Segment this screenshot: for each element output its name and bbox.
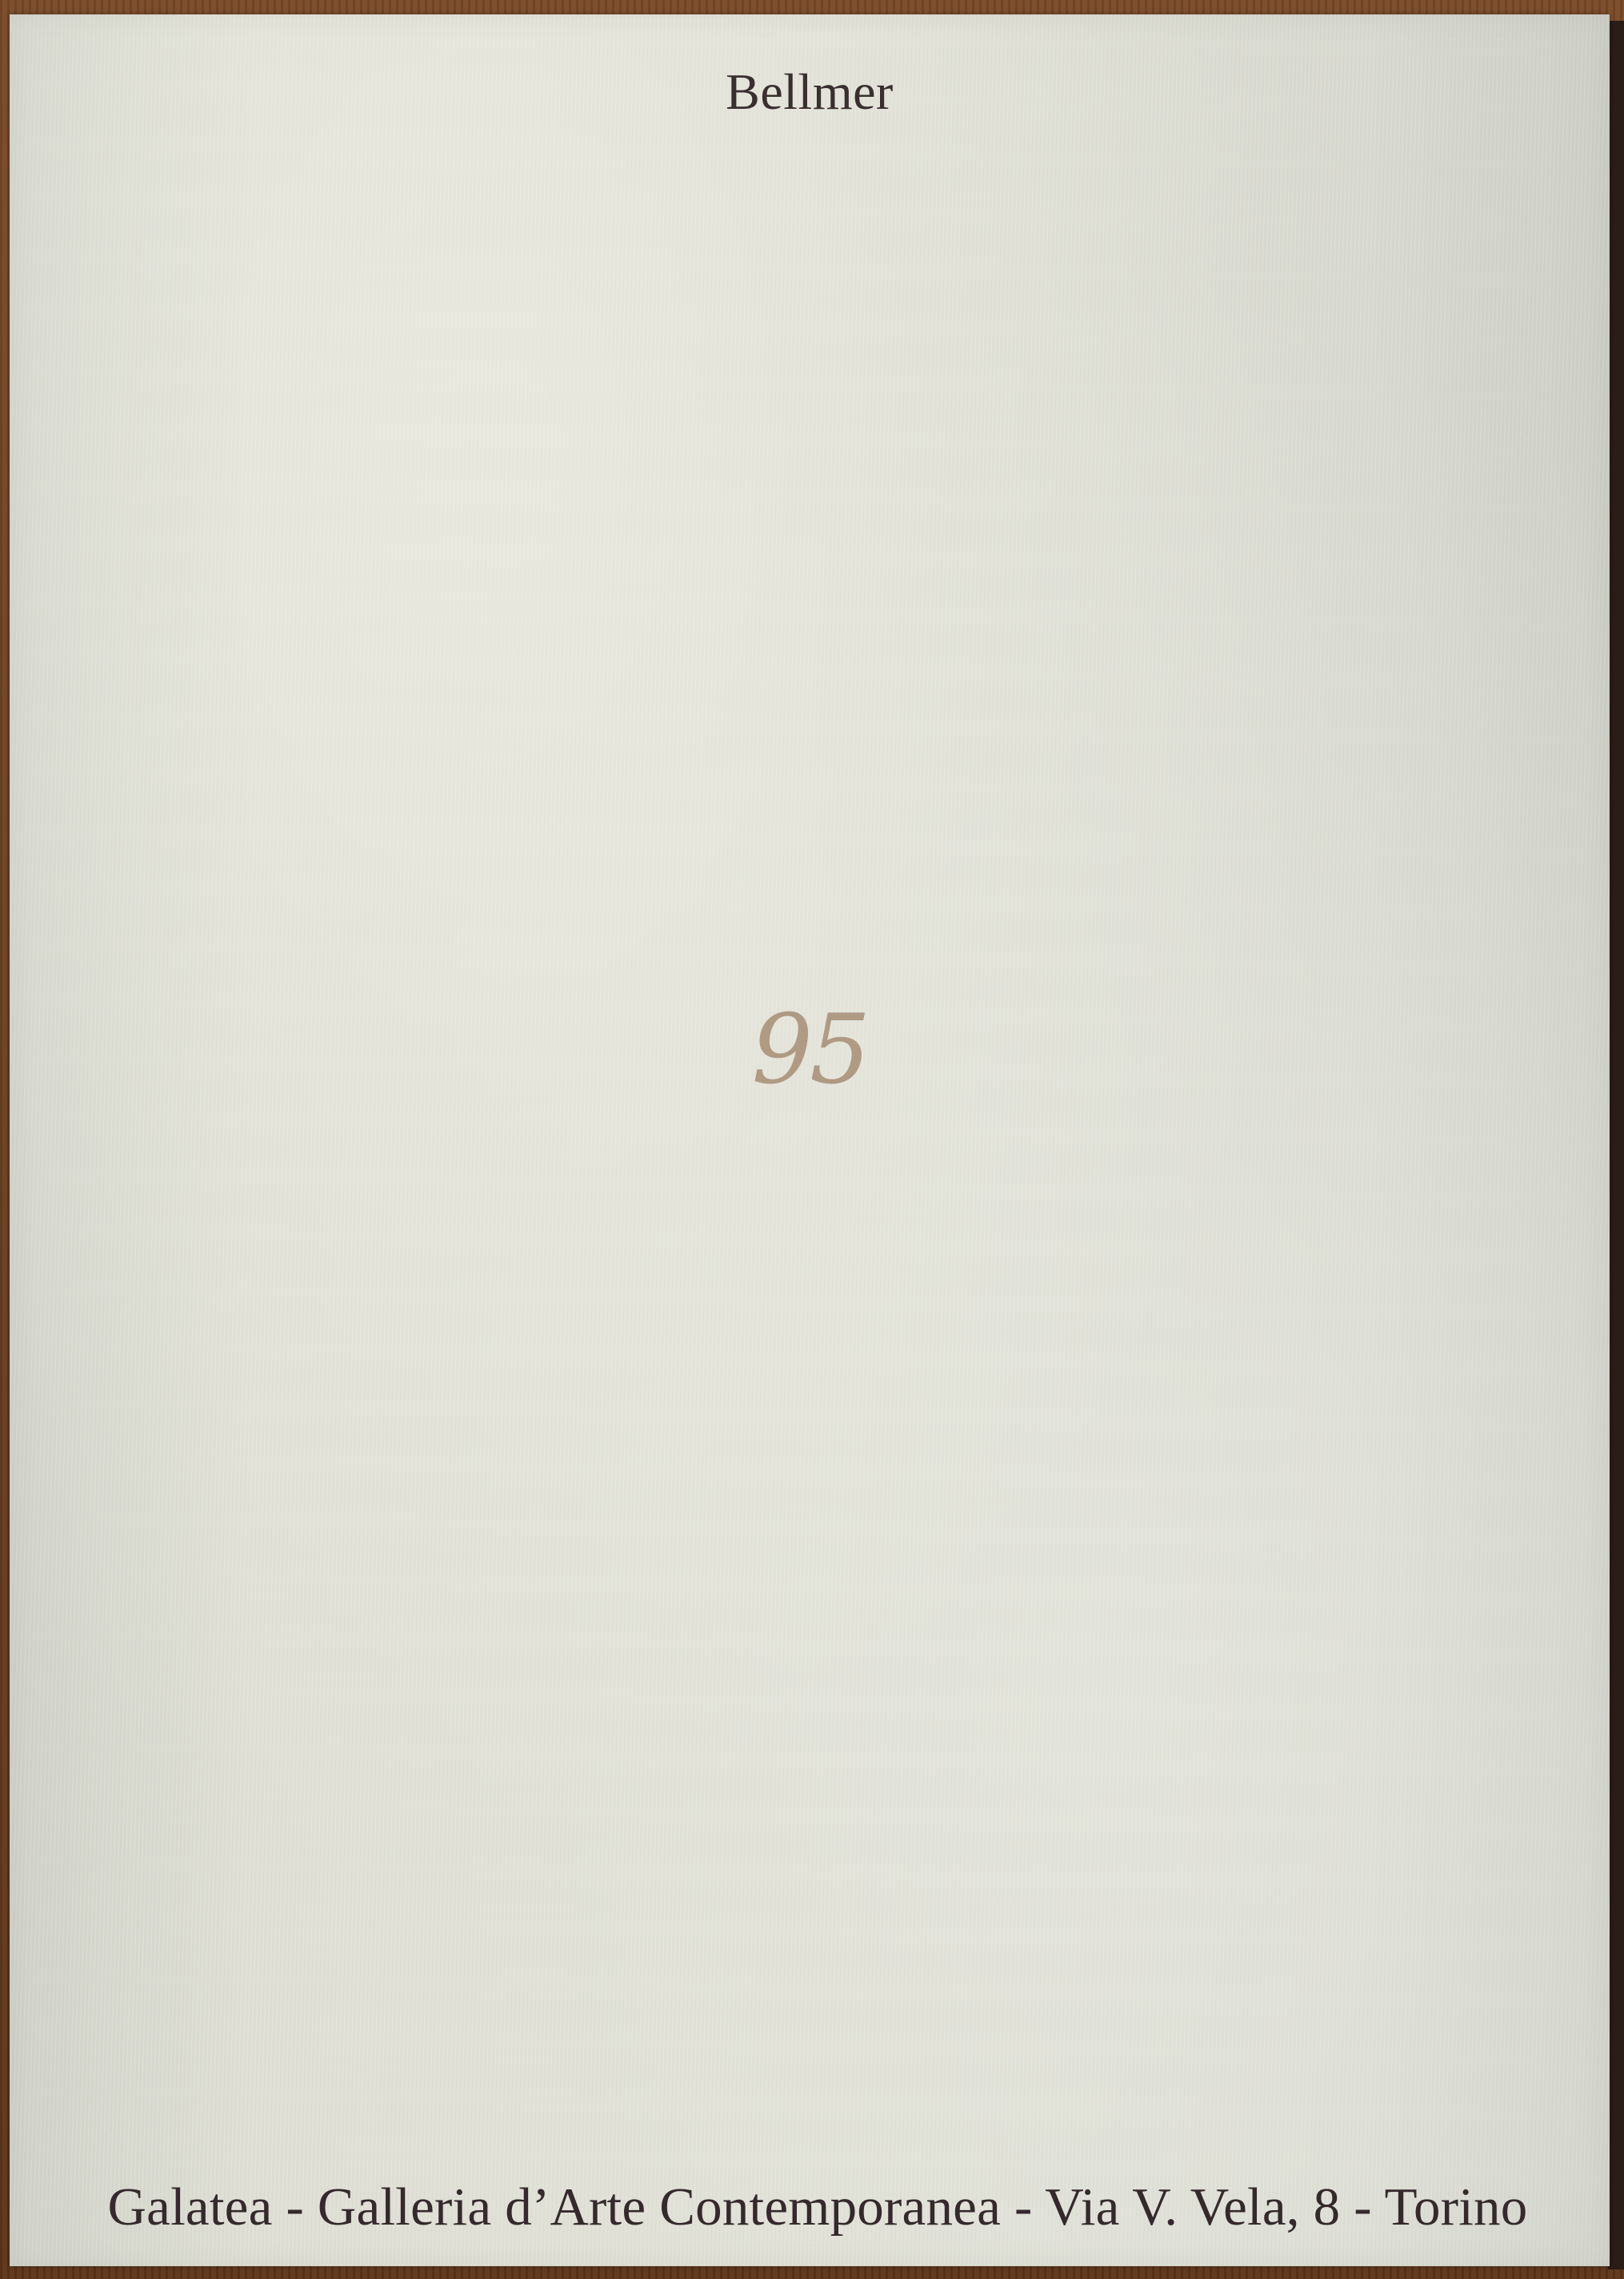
background-edge [1608, 21, 1624, 2269]
publisher-line: Galatea - Galleria d’Arte Contemporanea … [34, 2177, 1602, 2238]
author-title: Bellmer [10, 62, 1610, 122]
catalogue-number: 95 [10, 995, 1610, 1106]
catalogue-cover: Bellmer 95 Galatea - Galleria d’Arte Con… [10, 14, 1610, 2266]
